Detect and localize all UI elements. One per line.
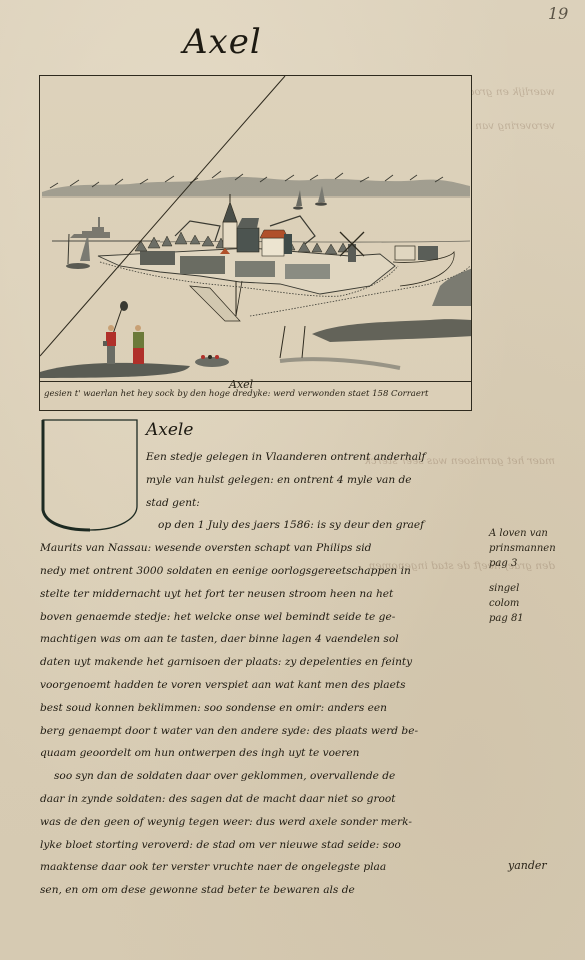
- text-line: quaam geoordelt om hun ontwerpen des ing…: [40, 742, 482, 765]
- foreground-figures: [103, 301, 144, 364]
- margin-note-line: prinsmannen: [489, 541, 581, 556]
- axel-fortress-drawing: [40, 76, 472, 411]
- illustration-caption: gesien t' waerlan het hey sock by den ho…: [44, 389, 469, 399]
- text-line: best soud konnen beklimmen: soo sondense…: [40, 697, 482, 720]
- text-line: op den 1 July des jaers 1586: is sy deur…: [40, 514, 482, 537]
- text-line: daten uyt makende het garnisoen der plaa…: [40, 651, 482, 674]
- town-hall: [260, 230, 292, 256]
- text-line: berg genaempt door t water van den ander…: [40, 720, 482, 743]
- margin-note-line: pag 3: [489, 556, 581, 571]
- rowboat: [195, 355, 229, 367]
- margin-note-line: pag 81: [489, 611, 581, 626]
- town-illustration: Axel gesien t' waerlan het hey sock by d…: [39, 75, 472, 411]
- margin-note-line: singel: [489, 581, 581, 596]
- text-line: Maurits van Nassau: wesende oversten sch…: [40, 537, 482, 560]
- margin-note: A loven van prinsmannen pag 3 singel col…: [489, 526, 581, 626]
- catchword: yander: [508, 859, 547, 872]
- text-line: lyke bloet storting veroverd: de stad om…: [40, 834, 482, 857]
- text-line: sen, en om om dese gewonne stad beter te…: [40, 879, 482, 902]
- text-line: nedy met ontrent 3000 soldaten en eenige…: [40, 560, 482, 583]
- text-line: voorgenoemt hadden te voren verspiet aan…: [40, 674, 482, 697]
- text-line: soo syn dan de soldaten daar over geklom…: [40, 765, 482, 788]
- margin-note-line: colom: [489, 596, 581, 611]
- left-sailboat: [66, 233, 90, 269]
- page-number: 19: [548, 4, 568, 23]
- text-line: daar in zynde soldaten: des sagen dat de…: [40, 788, 482, 811]
- church: [223, 194, 259, 252]
- text-line: myle van hulst gelegen: en ontrent 4 myl…: [40, 469, 482, 492]
- text-line: machtigen was om aan te tasten, daer bin…: [40, 628, 482, 651]
- text-line: maaktense daar ook ter verster vruchte n…: [40, 856, 482, 879]
- text-line: was de den geen of weynig tegen weer: du…: [40, 811, 482, 834]
- text-line: stelte ter middernacht uyt het fort ter …: [40, 583, 482, 606]
- margin-note-line: A loven van: [489, 526, 581, 541]
- page-heading: Axel: [183, 22, 262, 62]
- manuscript-body: Een stedje gelegen in Vlaanderen ontrent…: [40, 446, 482, 902]
- right-bastion: [393, 246, 454, 286]
- manuscript-page: waerlijk en groot beleg geschiedt met vo…: [0, 0, 585, 960]
- text-line: Een stedje gelegen in Vlaanderen ontrent…: [40, 446, 482, 469]
- section-title: Axele: [146, 420, 193, 440]
- text-line: stad gent:: [40, 492, 482, 515]
- text-line: boven genaemde stedje: het welcke onse w…: [40, 606, 482, 629]
- caption-divider: [40, 381, 471, 382]
